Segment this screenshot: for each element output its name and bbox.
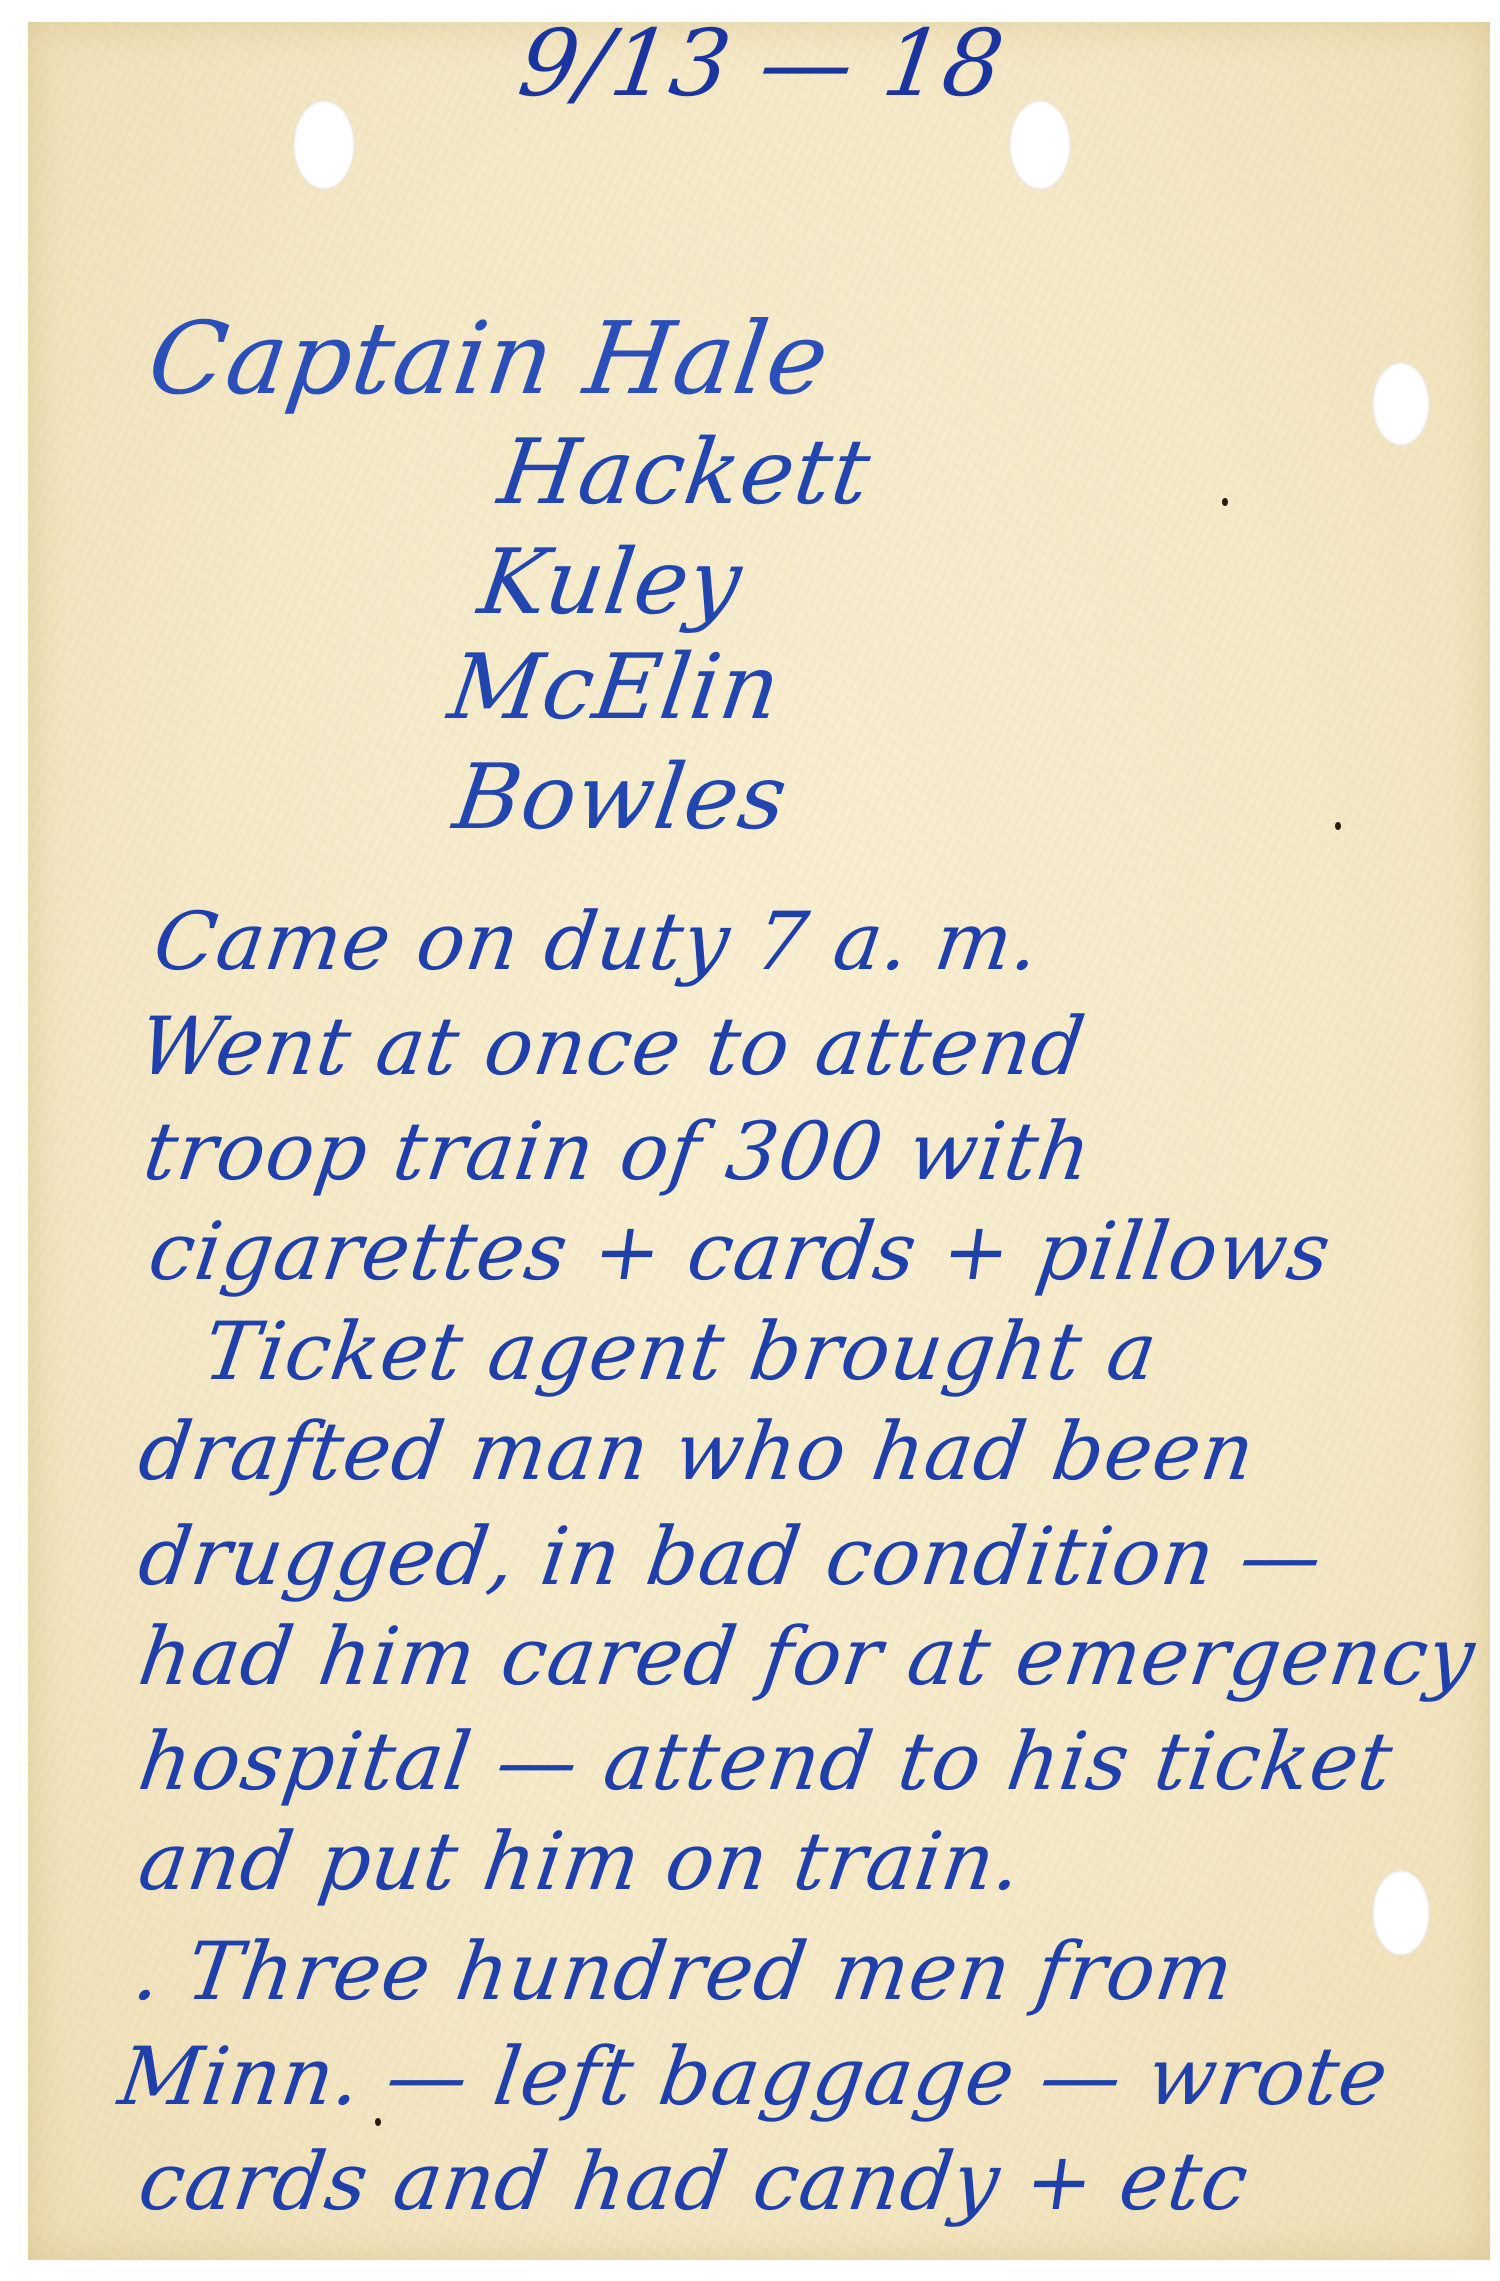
body-line: drafted man who had been bbox=[133, 1405, 1260, 1498]
recipient-name: Bowles bbox=[448, 745, 794, 850]
paper-blemish bbox=[1222, 498, 1228, 506]
date-heading: 9/13 — 18 bbox=[512, 10, 1010, 117]
body-line: and put him on train. bbox=[133, 1815, 1027, 1908]
recipient-name: McElin bbox=[443, 635, 788, 740]
punch-hole-top-left bbox=[293, 100, 355, 190]
body-line: Minn. — left baggage — wrote bbox=[113, 2030, 1394, 2123]
punch-hole-top-right bbox=[1009, 100, 1071, 190]
recipient-name: Kuley bbox=[473, 530, 749, 635]
body-line: Went at once to attend bbox=[133, 1000, 1091, 1093]
body-line: cigarettes + cards + pillows bbox=[143, 1205, 1336, 1298]
body-line: Came on duty 7 a. m. bbox=[148, 895, 1045, 988]
body-line: drugged, in bad condition — bbox=[133, 1510, 1328, 1603]
body-line: Ticket agent brought a bbox=[198, 1305, 1163, 1398]
body-line: troop train of 300 with bbox=[138, 1105, 1097, 1198]
body-line: . Three hundred men from bbox=[128, 1925, 1239, 2018]
recipient-name: Hackett bbox=[493, 420, 877, 525]
punch-hole-right-upper bbox=[1372, 362, 1430, 446]
punch-hole-right-lower bbox=[1372, 1870, 1430, 1956]
paper-blemish bbox=[1335, 822, 1341, 830]
body-line: cards and had candy + etc bbox=[133, 2135, 1254, 2228]
body-line: hospital — attend to his ticket bbox=[133, 1715, 1398, 1808]
salutation: Captain Hale bbox=[142, 300, 837, 417]
body-line: had him cared for at emergency bbox=[133, 1610, 1481, 1703]
